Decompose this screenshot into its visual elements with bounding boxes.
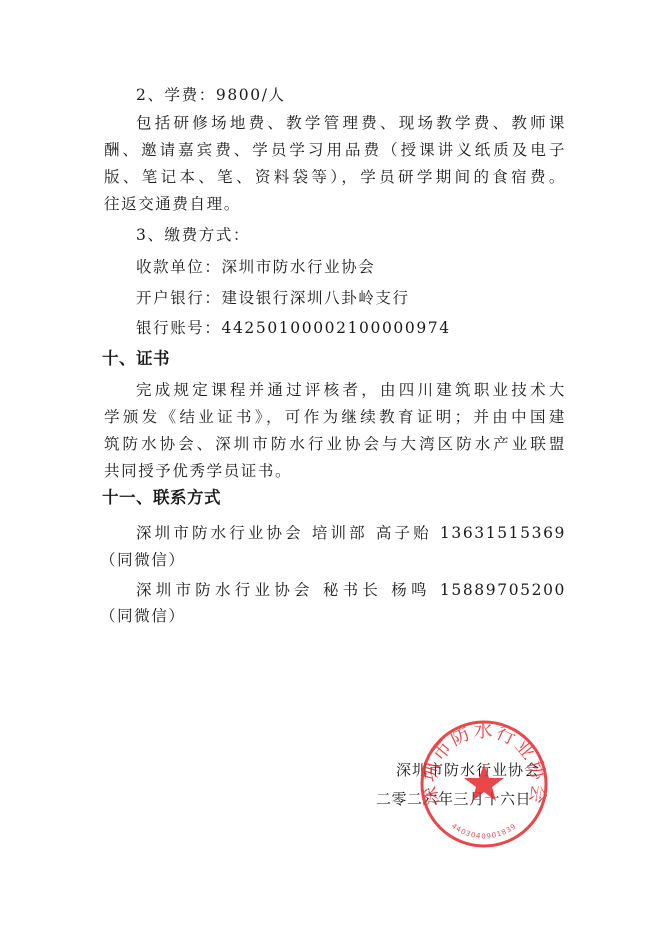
bank-account: 银行账号：44250100002100000974 — [136, 319, 566, 337]
contact-line: 深圳市防水行业协会 培训部 高子贻 13631515369 — [136, 524, 566, 542]
certificate-line: 筑防水协会、深圳市防水行业协会与大湾区防水产业联盟 — [104, 435, 566, 453]
bank-name: 开户银行：建设银行深圳八卦岭支行 — [136, 289, 566, 307]
payment-item-label: 3、缴费方式： — [136, 226, 566, 244]
fee-item-label: 2、学费：9800/人 — [136, 86, 566, 104]
contact-line: （同微信） — [100, 607, 562, 625]
official-seal-icon: 深圳市防水行业协会 4403040901839 — [418, 718, 550, 850]
certificate-line: 共同授予优秀学员证书。 — [104, 462, 566, 480]
certificate-heading: 十、证书 — [102, 350, 564, 368]
contact-line: 深圳市防水行业协会 秘书长 杨鸣 15889705200 — [136, 581, 566, 599]
svg-text:深圳市防水行业协会: 深圳市防水行业协会 — [418, 720, 550, 807]
payee: 收款单位：深圳市防水行业协会 — [136, 258, 566, 276]
contact-heading: 十一、联系方式 — [102, 489, 564, 507]
fee-desc-line: 酬、邀请嘉宾费、学员学习用品费（授课讲义纸质及电子 — [104, 141, 566, 159]
svg-text:4403040901839: 4403040901839 — [450, 822, 518, 841]
fee-desc-line: 往返交通费自理。 — [104, 195, 566, 213]
fee-desc-line: 版、笔记本、笔、资料袋等），学员研学期间的食宿费。 — [104, 168, 566, 186]
certificate-line: 完成规定课程并通过评核者，由四川建筑职业技术大 — [136, 381, 566, 399]
contact-line: （同微信） — [100, 551, 562, 569]
certificate-line: 学颁发《结业证书》，可作为继续教育证明；并由中国建 — [104, 408, 566, 426]
fee-desc-line: 包括研修场地费、教学管理费、现场教学费、教师课 — [136, 114, 566, 132]
